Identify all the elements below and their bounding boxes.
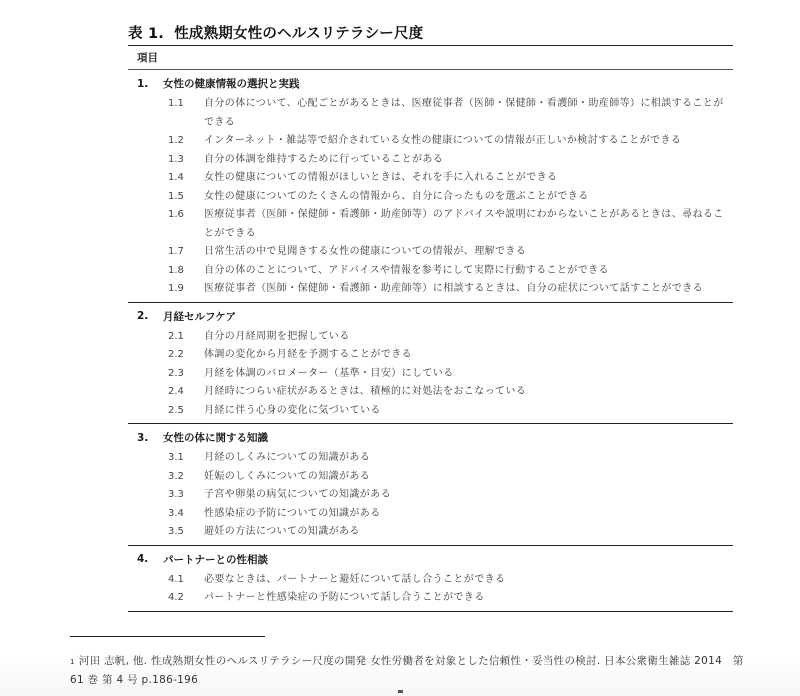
table-row: 1.4女性の健康についての情報がほしいときは、それを手に入れることができる (128, 169, 733, 188)
footnote-separator (70, 636, 265, 637)
section-2: 2. 月経セルフケア 2.1自分の月経周期を把握している 2.2体調の変化から月… (128, 303, 733, 425)
table-row: 3.4性感染症の予防についての知識がある (128, 505, 733, 524)
item-text: 子宮や卵巣の病気についての知識がある (204, 486, 733, 505)
table-row: 3.5避妊の方法についての知識がある (128, 523, 733, 542)
item-text: パートナーと性感染症の予防について話し合うことができる (204, 589, 733, 608)
table-row: 1.1自分の体について、心配ごとがあるときは、医療従事者（医師・保健師・看護師・… (128, 95, 733, 132)
table-row: 1.6医療従事者（医師・保健師・看護師・助産師等）のアドバイスや説明にわからない… (128, 206, 733, 243)
item-text: 医療従事者（医師・保健師・看護師・助産師等）に相談するときは、自分の症状について… (204, 280, 733, 299)
page-number-mark (398, 690, 403, 693)
table-row: 1.3自分の体調を維持するために行っていることがある (128, 151, 733, 170)
item-number: 1.7 (128, 243, 204, 262)
section-number: 2. (128, 310, 163, 322)
table-title: 表 1. 性成熟期女性のヘルスリテラシー尺度 (128, 22, 423, 43)
item-number: 1.8 (128, 262, 204, 281)
item-text: 性感染症の予防についての知識がある (204, 505, 733, 524)
item-text: 自分の体のことについて、アドバイスや情報を参考にして実際に行動することができる (204, 262, 733, 281)
item-text: 必要なときは、パートナーと避妊について話し合うことができる (204, 571, 733, 590)
section-heading: 1. 女性の健康情報の選択と実践 (128, 70, 733, 95)
table-row: 1.7日常生活の中で見聞きする女性の健康についての情報が、理解できる (128, 243, 733, 262)
section-title: 女性の体に関する知識 (163, 430, 268, 445)
item-text: 月経時につらい症状があるときは、積極的に対処法をおこなっている (204, 383, 733, 402)
section-heading: 3. 女性の体に関する知識 (128, 424, 733, 449)
item-text: 医療従事者（医師・保健師・看護師・助産師等）のアドバイスや説明にわからないことが… (204, 206, 733, 243)
section-title: 女性の健康情報の選択と実践 (163, 76, 300, 91)
footnote: 1河田 志帆, 他. 性成熟期女性のヘルスリテラシー尺度の開発 女性労働者を対象… (70, 652, 750, 690)
item-number: 3.4 (128, 505, 204, 524)
item-number: 2.3 (128, 365, 204, 384)
item-text: 妊娠のしくみについての知識がある (204, 468, 733, 487)
section-number: 3. (128, 432, 163, 444)
item-text: 自分の月経周期を把握している (204, 328, 733, 347)
table-row: 2.1自分の月経周期を把握している (128, 328, 733, 347)
section-number: 1. (128, 78, 163, 90)
footnote-text: 河田 志帆, 他. 性成熟期女性のヘルスリテラシー尺度の開発 女性労働者を対象と… (70, 655, 744, 686)
table-row: 1.9医療従事者（医師・保健師・看護師・助産師等）に相談するときは、自分の症状に… (128, 280, 733, 299)
table-row: 3.1月経のしくみについての知識がある (128, 449, 733, 468)
table-title-text: 性成熟期女性のヘルスリテラシー尺度 (174, 26, 423, 42)
footnote-marker: 1 (70, 658, 75, 666)
table-row: 2.4月経時につらい症状があるときは、積極的に対処法をおこなっている (128, 383, 733, 402)
item-text: 月経のしくみについての知識がある (204, 449, 733, 468)
item-number: 2.1 (128, 328, 204, 347)
table-row: 2.3月経を体調のバロメーター（基準・目安）にしている (128, 365, 733, 384)
item-number: 1.4 (128, 169, 204, 188)
item-text: 自分の体調を維持するために行っていることがある (204, 151, 733, 170)
section-1: 1. 女性の健康情報の選択と実践 1.1自分の体について、心配ごとがあるときは、… (128, 70, 733, 303)
item-text: 月経を体調のバロメーター（基準・目安）にしている (204, 365, 733, 384)
section-heading: 4. パートナーとの性相談 (128, 546, 733, 571)
item-text: インターネット・雑誌等で紹介されている女性の健康についての情報が正しいか検討する… (204, 132, 733, 151)
table-row: 2.5月経に伴う心身の変化に気づいている (128, 402, 733, 421)
table-row: 1.2インターネット・雑誌等で紹介されている女性の健康についての情報が正しいか検… (128, 132, 733, 151)
item-number: 3.2 (128, 468, 204, 487)
item-number: 2.2 (128, 346, 204, 365)
item-text: 日常生活の中で見聞きする女性の健康についての情報が、理解できる (204, 243, 733, 262)
item-number: 1.5 (128, 188, 204, 207)
table-row: 1.8自分の体のことについて、アドバイスや情報を参考にして実際に行動することがで… (128, 262, 733, 281)
item-text: 女性の健康についてのたくさんの情報から、自分に合ったものを選ぶことができる (204, 188, 733, 207)
item-text: 女性の健康についての情報がほしいときは、それを手に入れることができる (204, 169, 733, 188)
literacy-scale-table: 項目 1. 女性の健康情報の選択と実践 1.1自分の体について、心配ごとがあると… (128, 45, 733, 612)
item-number: 1.6 (128, 206, 204, 243)
table-row: 3.2妊娠のしくみについての知識がある (128, 468, 733, 487)
table-header-row: 項目 (128, 46, 733, 70)
table-row: 3.3子宮や卵巣の病気についての知識がある (128, 486, 733, 505)
item-number: 4.1 (128, 571, 204, 590)
item-number: 1.9 (128, 280, 204, 299)
item-number: 2.4 (128, 383, 204, 402)
item-number: 4.2 (128, 589, 204, 608)
table-row: 4.1必要なときは、パートナーと避妊について話し合うことができる (128, 571, 733, 590)
item-number: 3.5 (128, 523, 204, 542)
document-page: 表 1. 性成熟期女性のヘルスリテラシー尺度 項目 1. 女性の健康情報の選択と… (0, 0, 800, 696)
table-title-number: 表 1. (128, 26, 164, 42)
section-3: 3. 女性の体に関する知識 3.1月経のしくみについての知識がある 3.2妊娠の… (128, 424, 733, 546)
section-heading: 2. 月経セルフケア (128, 303, 733, 328)
item-number: 1.1 (128, 95, 204, 132)
item-text: 月経に伴う心身の変化に気づいている (204, 402, 733, 421)
item-number: 1.3 (128, 151, 204, 170)
table-row: 2.2体調の変化から月経を予測することができる (128, 346, 733, 365)
column-header-item: 項目 (137, 50, 158, 65)
section-number: 4. (128, 553, 163, 565)
table-row: 1.5女性の健康についてのたくさんの情報から、自分に合ったものを選ぶことができる (128, 188, 733, 207)
table-row: 4.2パートナーと性感染症の予防について話し合うことができる (128, 589, 733, 608)
section-title: 月経セルフケア (163, 309, 236, 324)
item-number: 3.3 (128, 486, 204, 505)
section-title: パートナーとの性相談 (163, 552, 268, 567)
item-text: 避妊の方法についての知識がある (204, 523, 733, 542)
item-number: 3.1 (128, 449, 204, 468)
item-text: 体調の変化から月経を予測することができる (204, 346, 733, 365)
section-4: 4. パートナーとの性相談 4.1必要なときは、パートナーと避妊について話し合う… (128, 546, 733, 612)
item-number: 1.2 (128, 132, 204, 151)
item-text: 自分の体について、心配ごとがあるときは、医療従事者（医師・保健師・看護師・助産師… (204, 95, 733, 132)
item-number: 2.5 (128, 402, 204, 421)
